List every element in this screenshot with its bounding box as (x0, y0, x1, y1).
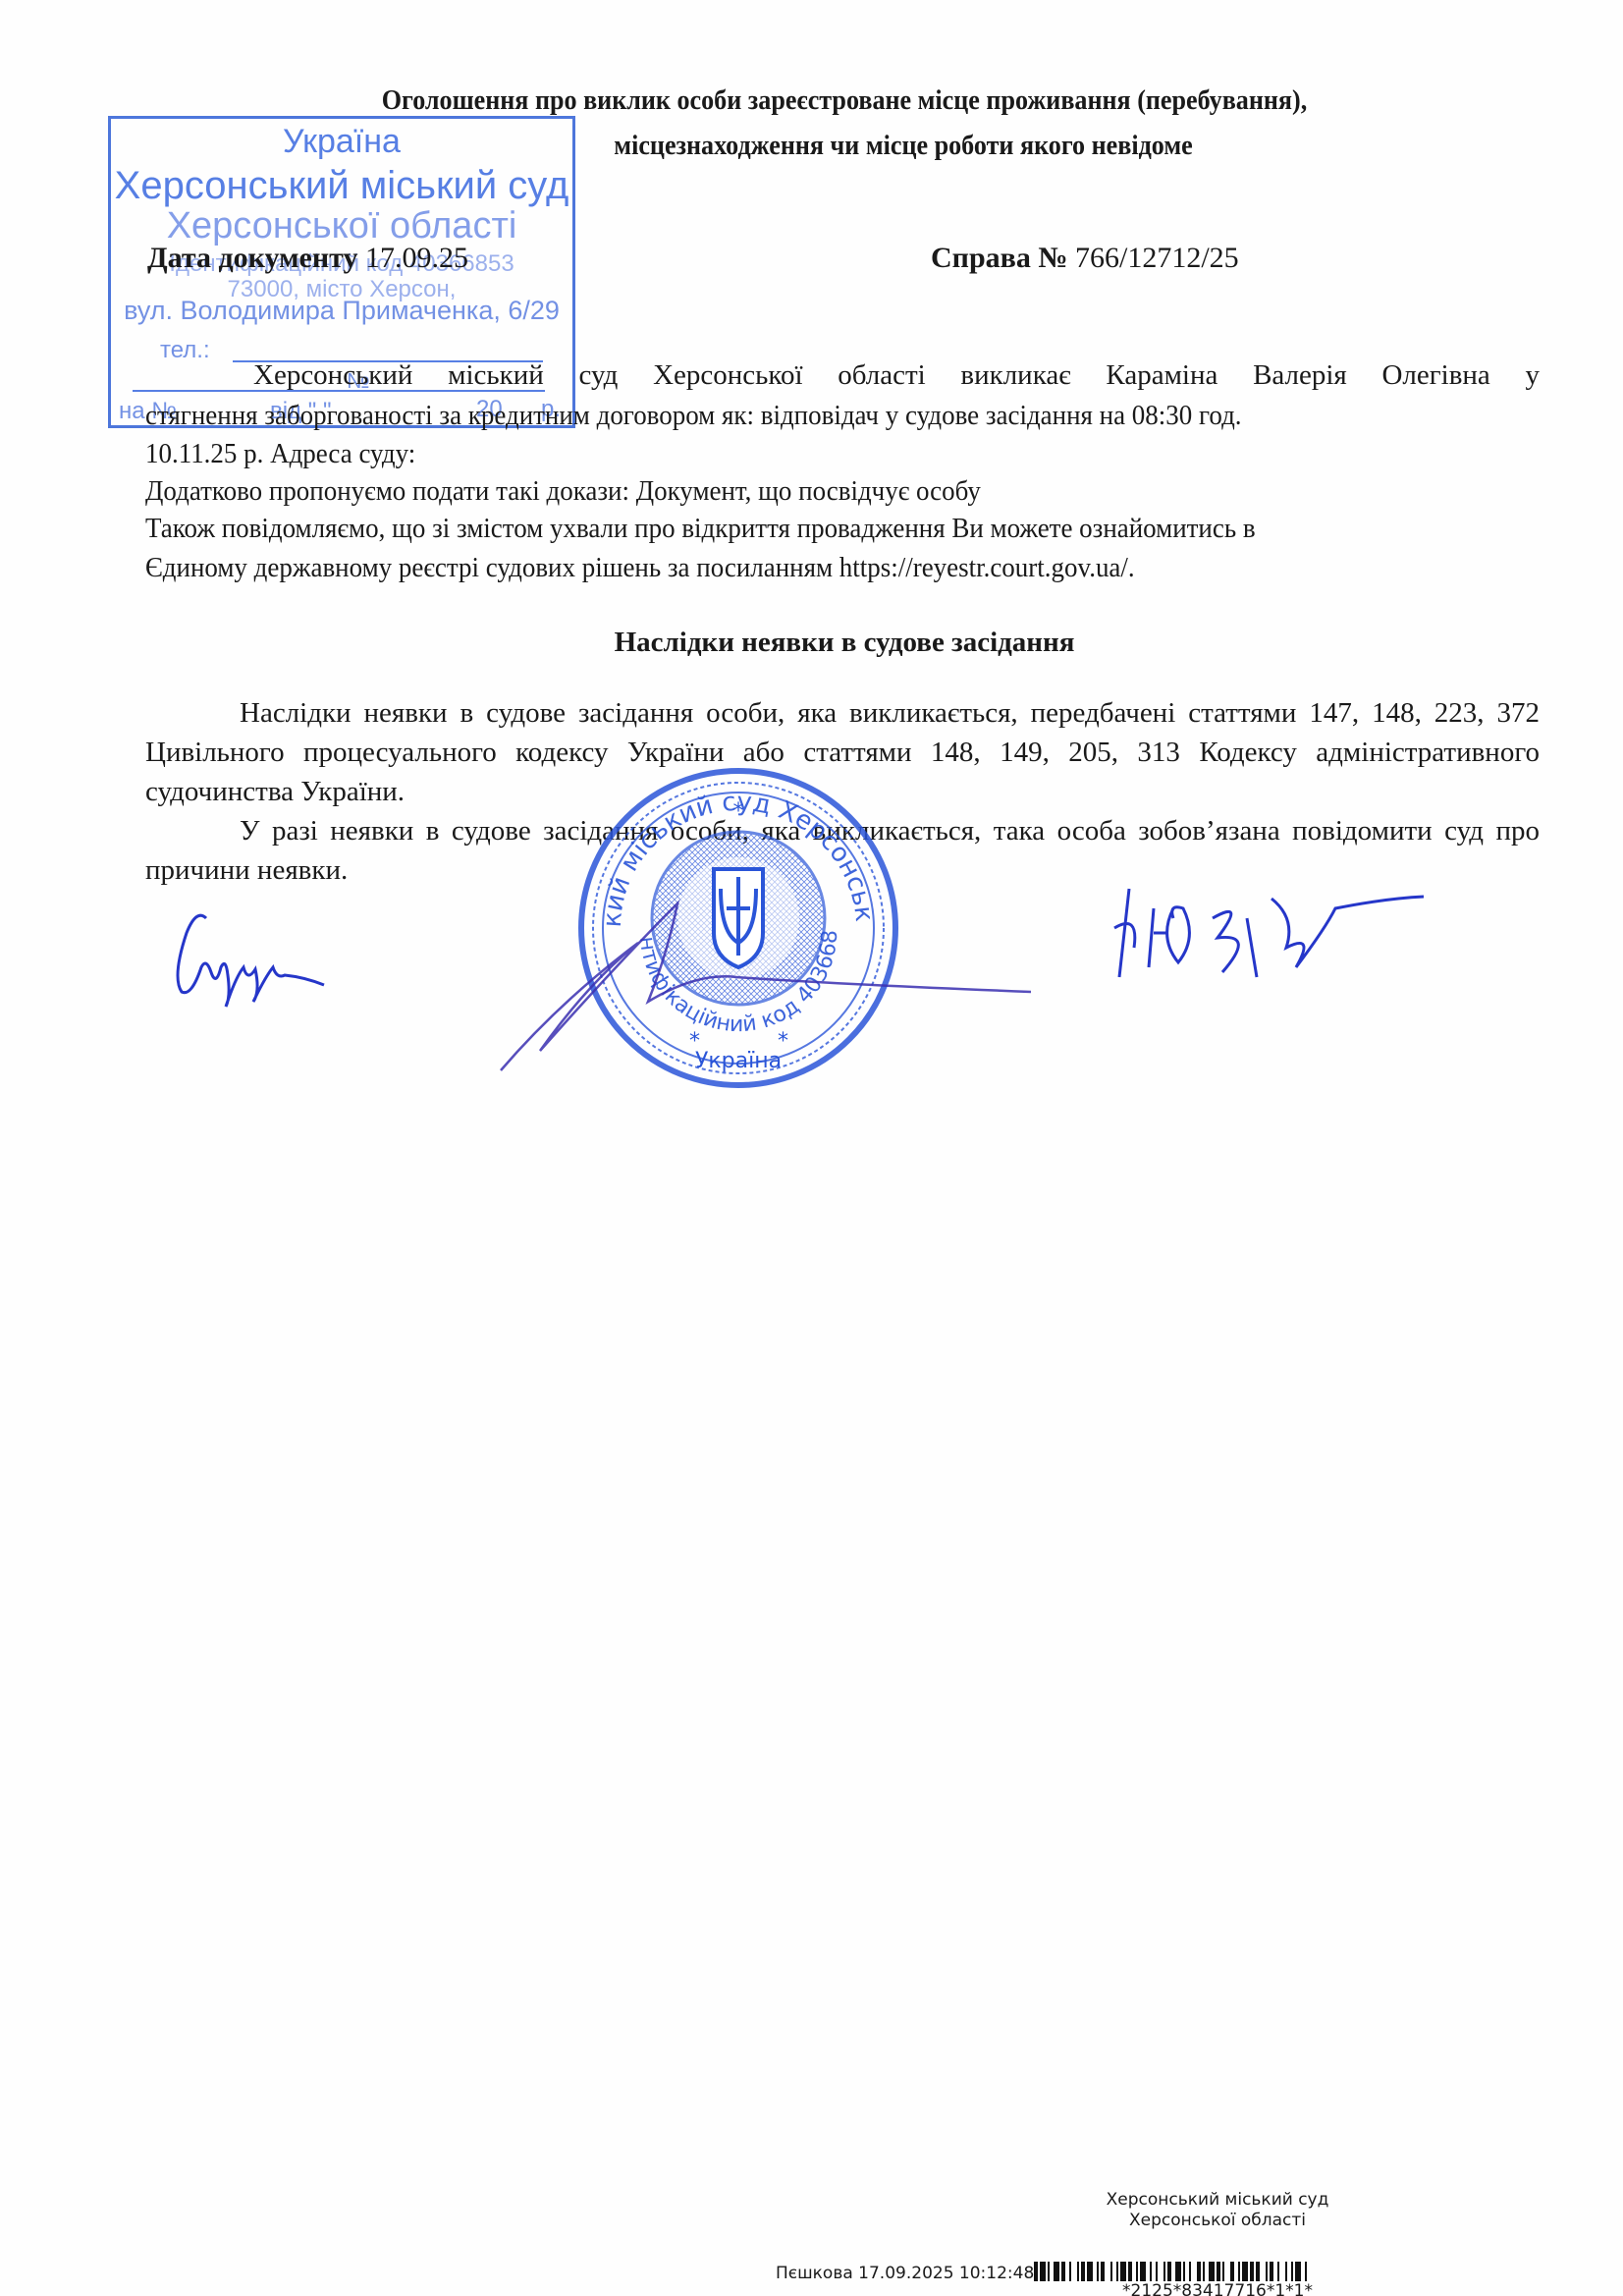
document-date-value: 17.09.25 (365, 242, 468, 274)
word: Херсонський (253, 359, 412, 392)
signature-center-icon (481, 884, 1031, 1080)
notice-line-1: Також повідомляємо, що зі змістом ухвали… (145, 513, 1442, 545)
defendant-name-part: Олегівна (1381, 359, 1489, 392)
word: області (838, 359, 925, 392)
word: Херсонської (653, 359, 802, 392)
summons-line-2: стягнення заборгованості за кредитним до… (145, 400, 1442, 432)
svg-text:*: * (733, 799, 744, 824)
footer-court-line2: Херсонської області (1070, 2211, 1365, 2231)
footer-court-line1: Херсонський міський суд (1070, 2190, 1365, 2211)
word: міський (448, 359, 544, 392)
document-title-line2: місцезнаходження чи місце роботи якого н… (267, 130, 1540, 162)
summons-line-1: Херсонський міський суд Херсонської обла… (253, 359, 1540, 392)
barcode-icon (1034, 2262, 1542, 2281)
case-number: Справа № 766/12712/25 (931, 242, 1239, 275)
defendant-name-part: Валерія (1253, 359, 1347, 392)
summons-line-3: 10.11.25 р. Адреса суду: (145, 438, 1442, 470)
evidence-line: Додатково пропонуємо подати такі докази:… (145, 475, 1442, 508)
document-date-label: Дата документу (147, 242, 357, 274)
word: суд (578, 359, 618, 392)
stamp-tel-label: тел.: (160, 337, 210, 364)
stamp-street: вул. Володимира Примаченка, 6/29 (111, 296, 572, 326)
document-date: Дата документу 17.09.25 (147, 242, 468, 275)
word: викликає (960, 359, 1070, 392)
footer-court-name: Херсонський міський суд Херсонської обла… (1070, 2190, 1365, 2231)
word: у (1525, 359, 1540, 392)
notice-line-2: Єдиному державному реєстрі судових рішен… (145, 552, 1442, 584)
case-number-label: Справа № (931, 242, 1067, 274)
case-number-value: 766/12712/25 (1075, 242, 1239, 274)
document-page: Україна Херсонський міський суд Херсонсь… (0, 0, 1623, 2296)
document-title-line1: Оголошення про виклик особи зареєстрован… (208, 84, 1481, 117)
defendant-name-part: Караміна (1106, 359, 1217, 392)
stamp-court-name: Херсонський міський суд (111, 164, 572, 208)
barcode-code: *2125*83417716*1*1* (1070, 2281, 1365, 2296)
footer-user-timestamp: Пєшкова 17.09.2025 10:12:48 (776, 2264, 1034, 2283)
signature-right-icon (1100, 879, 1424, 987)
signature-left-icon (167, 899, 334, 1016)
section-heading-consequences: Наслідки неявки в судове засідання (137, 627, 1551, 659)
